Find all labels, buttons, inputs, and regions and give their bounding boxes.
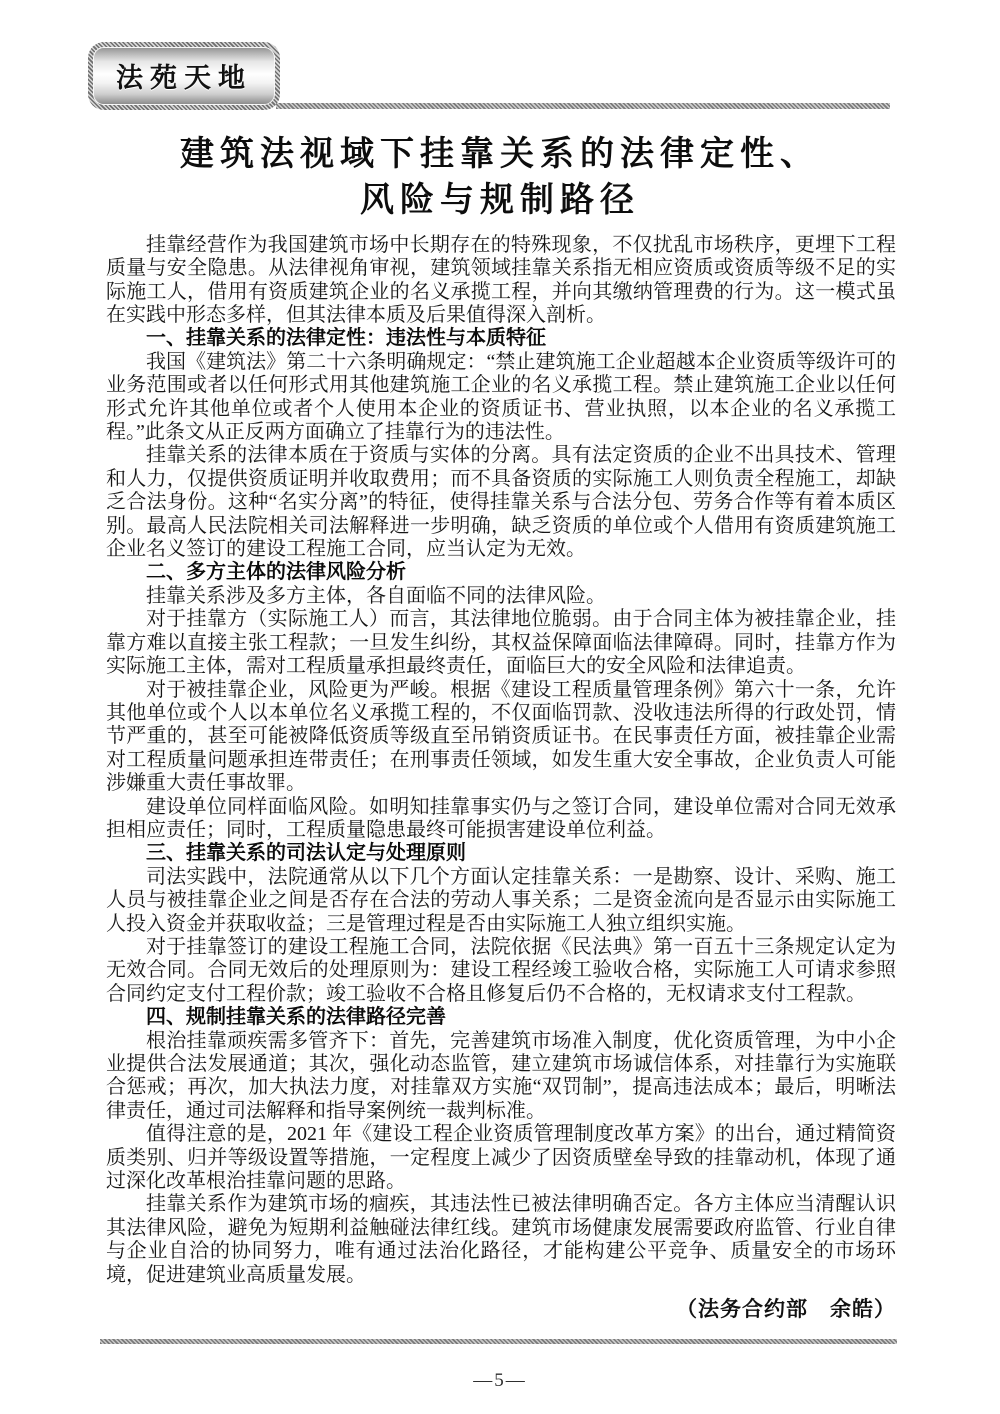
header-rule: [276, 103, 890, 109]
column-badge: 法苑天地: [88, 42, 280, 110]
section-heading: 四、规制挂靠关系的法律路径完善: [106, 1006, 896, 1029]
author-signature: （法务合约部 余皓）: [0, 1293, 896, 1323]
paragraph: 对于挂靠签订的建设工程施工合同，法院依据《民法典》第一百五十三条规定认定为无效合…: [106, 936, 896, 1006]
section-heading: 一、挂靠关系的法律定性：违法性与本质特征: [106, 327, 896, 350]
paragraph: 挂靠经营作为我国建筑市场中长期存在的特殊现象，不仅扰乱市场秩序，更埋下工程质量与…: [106, 234, 896, 328]
paragraph: 建设单位同样面临风险。如明知挂靠事实仍与之签订合同，建设单位需对合同无效承担相应…: [106, 796, 896, 843]
article-title: 建筑法视域下挂靠关系的法律定性、 风险与规制路径: [0, 132, 1000, 224]
paragraph: 我国《建筑法》第二十六条明确规定：“禁止建筑施工企业超越本企业资质等级许可的业务…: [106, 351, 896, 445]
paragraph: 司法实践中，法院通常从以下几个方面认定挂靠关系：一是勘察、设计、采购、施工人员与…: [106, 866, 896, 936]
paragraph: 对于被挂靠企业，风险更为严峻。根据《建设工程质量管理条例》第六十一条，允许其他单…: [106, 679, 896, 796]
article-title-line1: 建筑法视域下挂靠关系的法律定性、: [0, 132, 1000, 178]
paragraph: 对于挂靠方（实际施工人）而言，其法律地位脆弱。由于合同主体为被挂靠企业，挂靠方难…: [106, 608, 896, 678]
section-heading: 二、多方主体的法律风险分析: [106, 561, 896, 584]
document-page: 法苑天地 建筑法视域下挂靠关系的法律定性、 风险与规制路径 挂靠经营作为我国建筑…: [0, 0, 1000, 1414]
column-badge-label: 法苑天地: [93, 47, 275, 105]
paragraph: 根治挂靠顽疾需多管齐下：首先，完善建筑市场准入制度，优化资质管理，为中小企业提供…: [106, 1030, 896, 1124]
footer-rule: [100, 1339, 897, 1344]
article-title-line2: 风险与规制路径: [0, 178, 1000, 224]
paragraph: 挂靠关系的法律本质在于资质与实体的分离。具有法定资质的企业不出具技术、管理和人力…: [106, 444, 896, 561]
paragraph: 值得注意的是，2021 年《建设工程企业资质管理制度改革方案》的出台，通过精简资…: [106, 1123, 896, 1193]
page-number: —5—: [0, 1370, 1000, 1392]
page-header: 法苑天地: [88, 42, 890, 110]
paragraph: 挂靠关系涉及多方主体，各自面临不同的法律风险。: [106, 585, 896, 608]
paragraph: 挂靠关系作为建筑市场的痼疾，其违法性已被法律明确否定。各方主体应当清醒认识其法律…: [106, 1193, 896, 1287]
article-body: 挂靠经营作为我国建筑市场中长期存在的特殊现象，不仅扰乱市场秩序，更埋下工程质量与…: [106, 234, 896, 1287]
section-heading: 三、挂靠关系的司法认定与处理原则: [106, 842, 896, 865]
